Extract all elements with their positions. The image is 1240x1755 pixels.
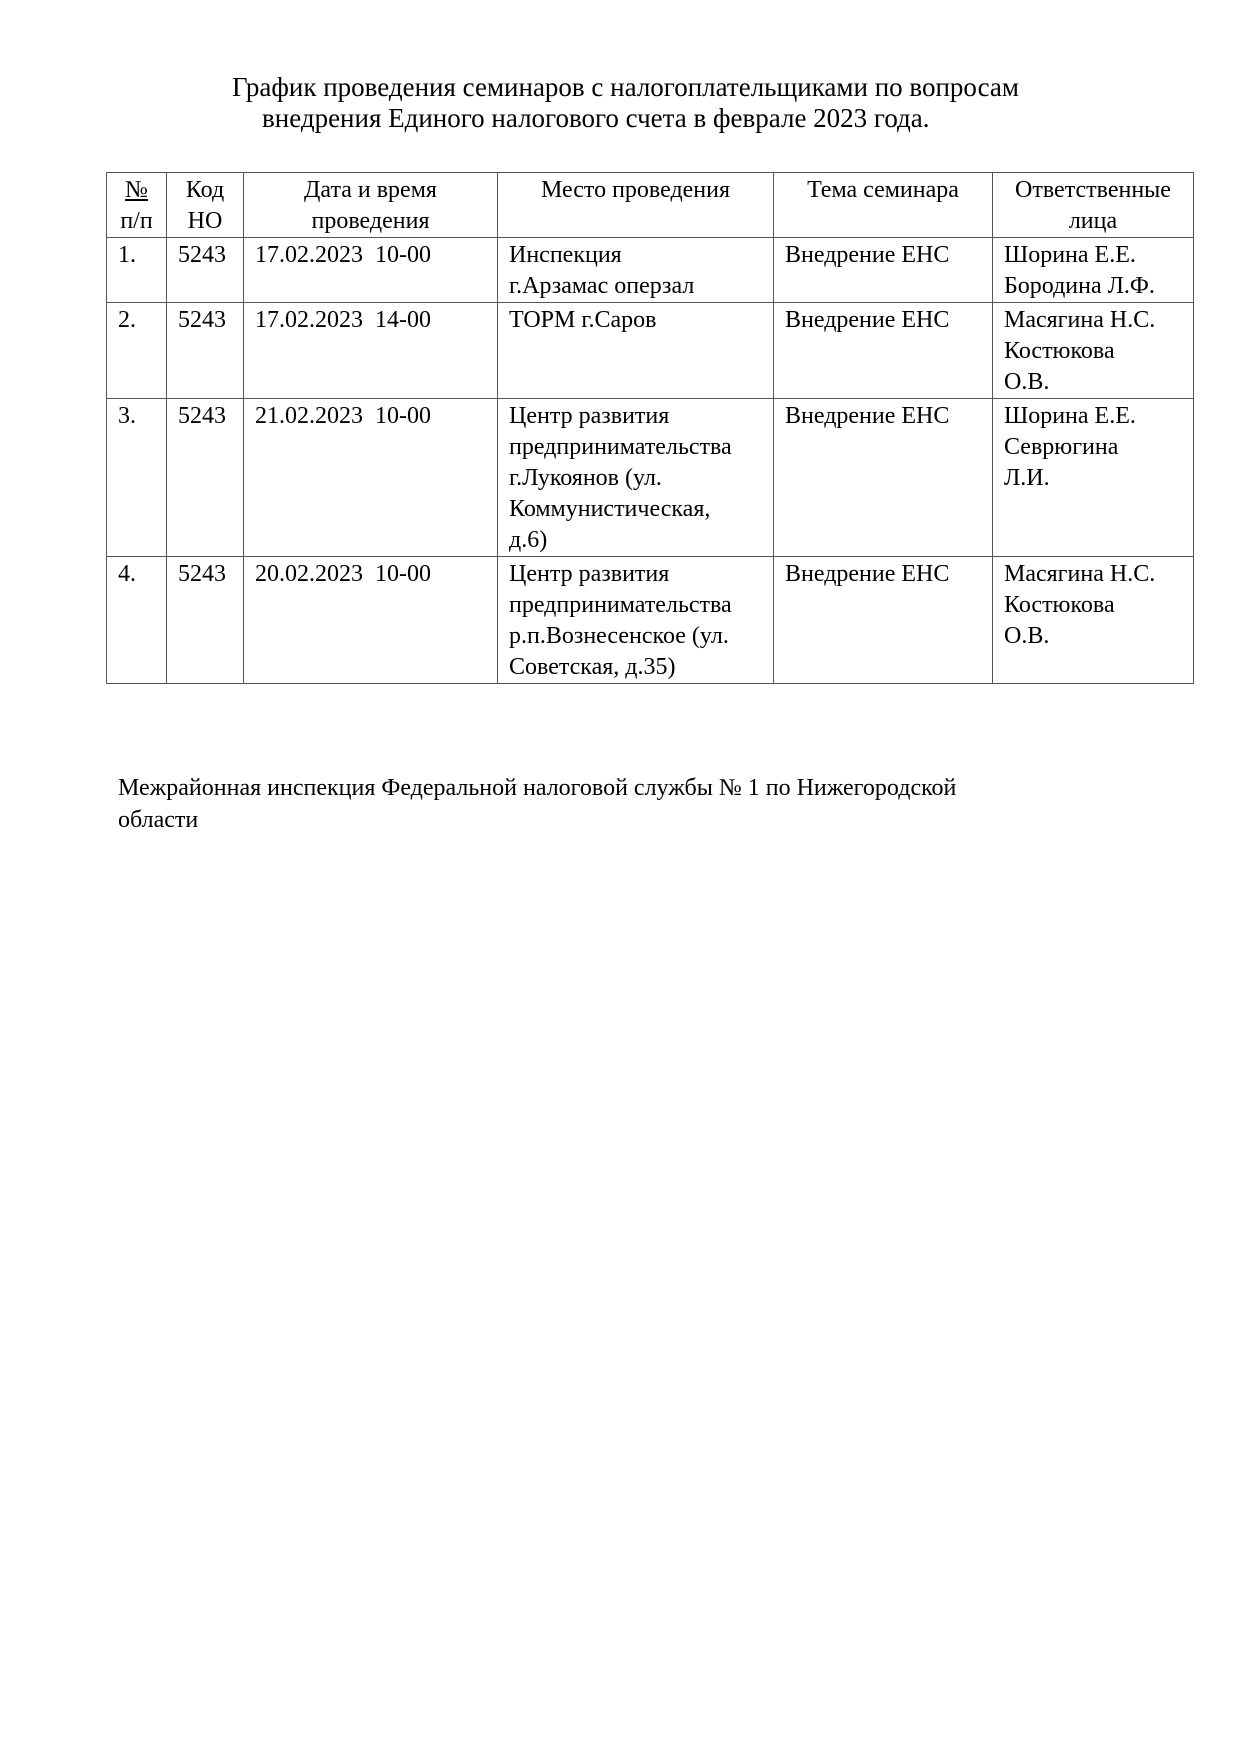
header-datetime-line2: проведения <box>248 206 493 237</box>
cell-place: Центр развития предпринимательства г.Лук… <box>498 399 774 557</box>
place-line: г.Лукоянов (ул. <box>509 463 763 494</box>
header-code-line2: НО <box>171 206 239 237</box>
footer-line-2: области <box>118 804 1198 836</box>
cell-number: 2. <box>107 303 167 399</box>
cell-responsible: Шорина Е.Е. Севрюгина Л.И. <box>993 399 1194 557</box>
place-line: Центр развития <box>509 559 763 590</box>
place-line: Инспекция <box>509 240 763 271</box>
title-line-2: внедрения Единого налогового счета в фев… <box>262 103 930 134</box>
responsible-line: Костюкова <box>1004 590 1183 621</box>
datetime-text: 17.02.2023 14-00 <box>255 305 487 336</box>
header-number-sub: п/п <box>111 206 162 237</box>
place-line: предпринимательства <box>509 590 763 621</box>
responsible-line: Севрюгина <box>1004 432 1183 463</box>
responsible-line: Л.И. <box>1004 463 1183 494</box>
header-responsible: Ответственные лица <box>993 173 1194 238</box>
responsible-line: Бородина Л.Ф. <box>1004 271 1183 302</box>
header-responsible-line1: Ответственные <box>997 175 1189 206</box>
header-responsible-line2: лица <box>997 206 1189 237</box>
cell-datetime: 17.02.2023 14-00 <box>244 303 498 399</box>
issuer-footer: Межрайонная инспекция Федеральной налого… <box>118 772 1198 836</box>
datetime-text: 20.02.2023 10-00 <box>255 559 487 590</box>
header-datetime-line1: Дата и время <box>248 175 493 206</box>
header-topic: Тема семинара <box>774 173 993 238</box>
cell-code: 5243 <box>167 399 244 557</box>
cell-responsible: Масягина Н.С. Костюкова О.В. <box>993 557 1194 684</box>
cell-topic: Внедрение ЕНС <box>774 303 993 399</box>
header-code: Код НО <box>167 173 244 238</box>
cell-responsible: Масягина Н.С. Костюкова О.В. <box>993 303 1194 399</box>
responsible-line: Шорина Е.Е. <box>1004 401 1183 432</box>
cell-topic: Внедрение ЕНС <box>774 399 993 557</box>
cell-datetime: 20.02.2023 10-00 <box>244 557 498 684</box>
cell-topic: Внедрение ЕНС <box>774 238 993 303</box>
cell-responsible: Шорина Е.Е. Бородина Л.Ф. <box>993 238 1194 303</box>
cell-number: 3. <box>107 399 167 557</box>
responsible-line: О.В. <box>1004 367 1183 398</box>
header-number-symbol: № <box>111 175 162 206</box>
responsible-line: Масягина Н.С. <box>1004 559 1183 590</box>
responsible-line: Шорина Е.Е. <box>1004 240 1183 271</box>
place-line: д.6) <box>509 525 763 556</box>
place-line: предпринимательства <box>509 432 763 463</box>
table-row: 2. 5243 17.02.2023 14-00 ТОРМ г.Саров Вн… <box>107 303 1194 399</box>
place-line: Советская, д.35) <box>509 652 763 683</box>
title-line-1: График проведения семинаров с налогоплат… <box>232 72 1019 103</box>
table-header-row: № п/п Код НО Дата и время проведения Мес… <box>107 173 1194 238</box>
header-place-line1: Место проведения <box>502 175 769 206</box>
cell-place: ТОРМ г.Саров <box>498 303 774 399</box>
cell-code: 5243 <box>167 557 244 684</box>
header-datetime: Дата и время проведения <box>244 173 498 238</box>
seminar-schedule-table: № п/п Код НО Дата и время проведения Мес… <box>106 172 1194 684</box>
header-number: № п/п <box>107 173 167 238</box>
responsible-line: Костюкова <box>1004 336 1183 367</box>
cell-number: 1. <box>107 238 167 303</box>
table-row: 4. 5243 20.02.2023 10-00 Центр развития … <box>107 557 1194 684</box>
cell-datetime: 21.02.2023 10-00 <box>244 399 498 557</box>
datetime-text: 21.02.2023 10-00 <box>255 401 487 432</box>
place-line: Коммунистическая, <box>509 494 763 525</box>
responsible-line: Масягина Н.С. <box>1004 305 1183 336</box>
cell-code: 5243 <box>167 303 244 399</box>
cell-place: Инспекция г.Арзамас оперзал <box>498 238 774 303</box>
header-topic-line1: Тема семинара <box>778 175 988 206</box>
place-line: г.Арзамас оперзал <box>509 271 763 302</box>
cell-number: 4. <box>107 557 167 684</box>
place-line: Центр развития <box>509 401 763 432</box>
place-line: ТОРМ г.Саров <box>509 305 763 336</box>
datetime-text: 17.02.2023 10-00 <box>255 240 487 271</box>
responsible-line: О.В. <box>1004 621 1183 652</box>
cell-datetime: 17.02.2023 10-00 <box>244 238 498 303</box>
cell-place: Центр развития предпринимательства р.п.В… <box>498 557 774 684</box>
place-line: р.п.Вознесенское (ул. <box>509 621 763 652</box>
header-code-line1: Код <box>171 175 239 206</box>
cell-topic: Внедрение ЕНС <box>774 557 993 684</box>
cell-code: 5243 <box>167 238 244 303</box>
footer-line-1: Межрайонная инспекция Федеральной налого… <box>118 772 1198 804</box>
table-row: 3. 5243 21.02.2023 10-00 Центр развития … <box>107 399 1194 557</box>
header-place: Место проведения <box>498 173 774 238</box>
table-row: 1. 5243 17.02.2023 10-00 Инспекция г.Арз… <box>107 238 1194 303</box>
